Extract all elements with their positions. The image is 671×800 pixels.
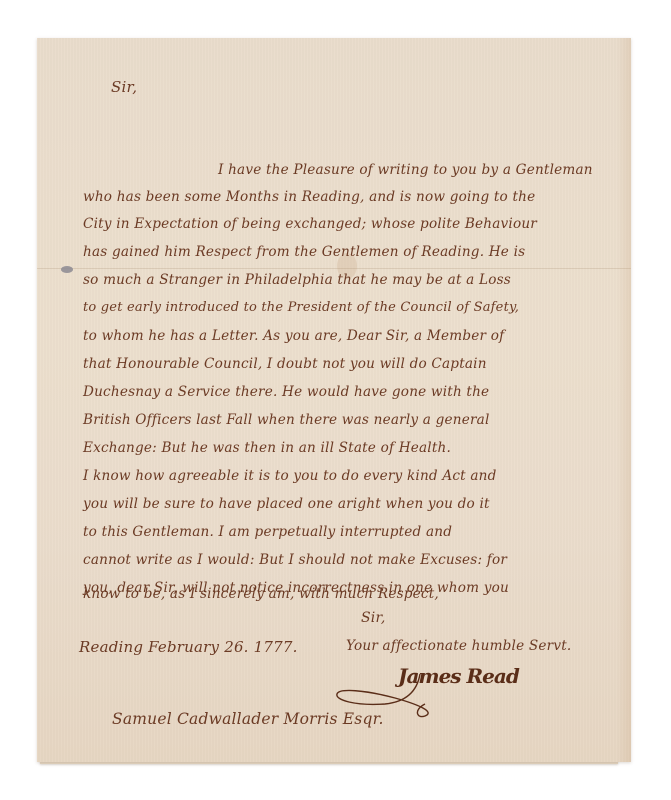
body-line: to whom he has a Letter. As you are, Dea… xyxy=(83,328,504,344)
ink-blot xyxy=(61,266,73,273)
body-line: City in Expectation of being exchanged; … xyxy=(83,216,537,232)
body-line: Duchesnay a Service there. He would have… xyxy=(83,384,489,400)
body-line: I have the Pleasure of writing to you by… xyxy=(218,162,593,178)
body-line: to this Gentleman. I am perpetually inte… xyxy=(83,524,452,540)
complimentary-close: Your affectionate humble Servt. xyxy=(346,638,571,654)
fold-line xyxy=(37,268,631,269)
letter-photograph: Sir, I have the Pleasure of writing to y… xyxy=(0,0,671,800)
body-line-last: know to be, as I sincerely am, with much… xyxy=(83,586,439,602)
body-line: that Honourable Council, I doubt not you… xyxy=(83,356,487,372)
addressee: Samuel Cadwallader Morris Esqr. xyxy=(112,710,384,728)
body-line: to get early introduced to the President… xyxy=(83,300,519,315)
salutation: Sir, xyxy=(111,78,137,96)
body-line: so much a Stranger in Philadelphia that … xyxy=(83,272,511,288)
body-line: cannot write as I would: But I should no… xyxy=(83,552,507,568)
body-line: you will be sure to have placed one arig… xyxy=(83,496,490,512)
place-date: Reading February 26. 1777. xyxy=(79,638,298,656)
body-line: Exchange: But he was then in an ill Stat… xyxy=(83,440,451,456)
body-line: British Officers last Fall when there wa… xyxy=(83,412,490,428)
closing-salutation: Sir, xyxy=(361,610,385,626)
body-line: who has been some Months in Reading, and… xyxy=(83,189,535,205)
body-line: has gained him Respect from the Gentleme… xyxy=(83,244,525,260)
body-line: I know how agreeable it is to you to do … xyxy=(83,468,497,484)
